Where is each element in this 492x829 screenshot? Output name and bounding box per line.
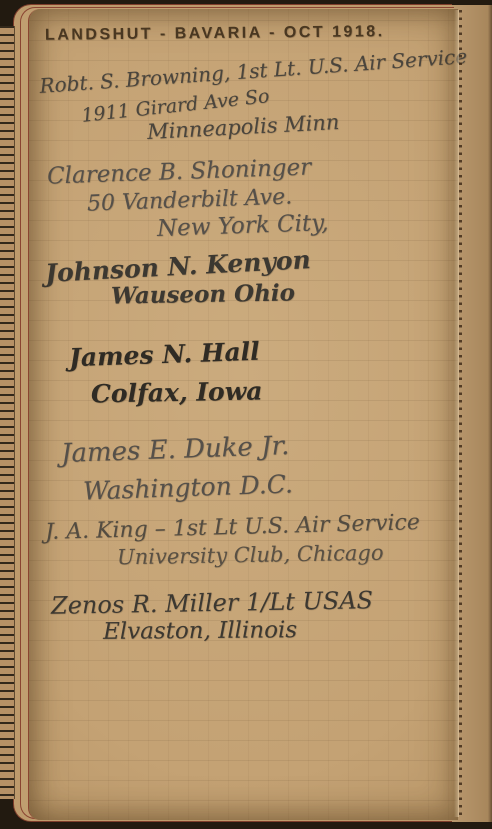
address-line: Washington D.C. bbox=[83, 469, 294, 505]
page-stack-fore-edge bbox=[0, 26, 15, 799]
perforation-line bbox=[459, 10, 462, 817]
address-line: Wauseon Ohio bbox=[111, 279, 295, 309]
signature-line: James E. Duke Jr. bbox=[61, 431, 290, 469]
signature-line: James N. Hall bbox=[69, 337, 261, 373]
notebook-paper: LANDSHUT - BAVARIA - OCT 1918. Robt. S. … bbox=[28, 9, 458, 820]
signature-line: Zenos R. Miller 1/Lt USAS bbox=[51, 586, 373, 620]
address-line: University Club, Chicago bbox=[117, 541, 384, 570]
address-line: New York City, bbox=[157, 210, 329, 242]
address-line: Colfax, Iowa bbox=[91, 377, 263, 409]
signature-line: J. A. King – 1st Lt U.S. Air Service bbox=[45, 510, 420, 545]
address-line: Elvaston, Illinois bbox=[103, 617, 297, 645]
page-header: LANDSHUT - BAVARIA - OCT 1918. bbox=[45, 23, 385, 45]
notebook-page-scan: LANDSHUT - BAVARIA - OCT 1918. Robt. S. … bbox=[0, 0, 492, 829]
